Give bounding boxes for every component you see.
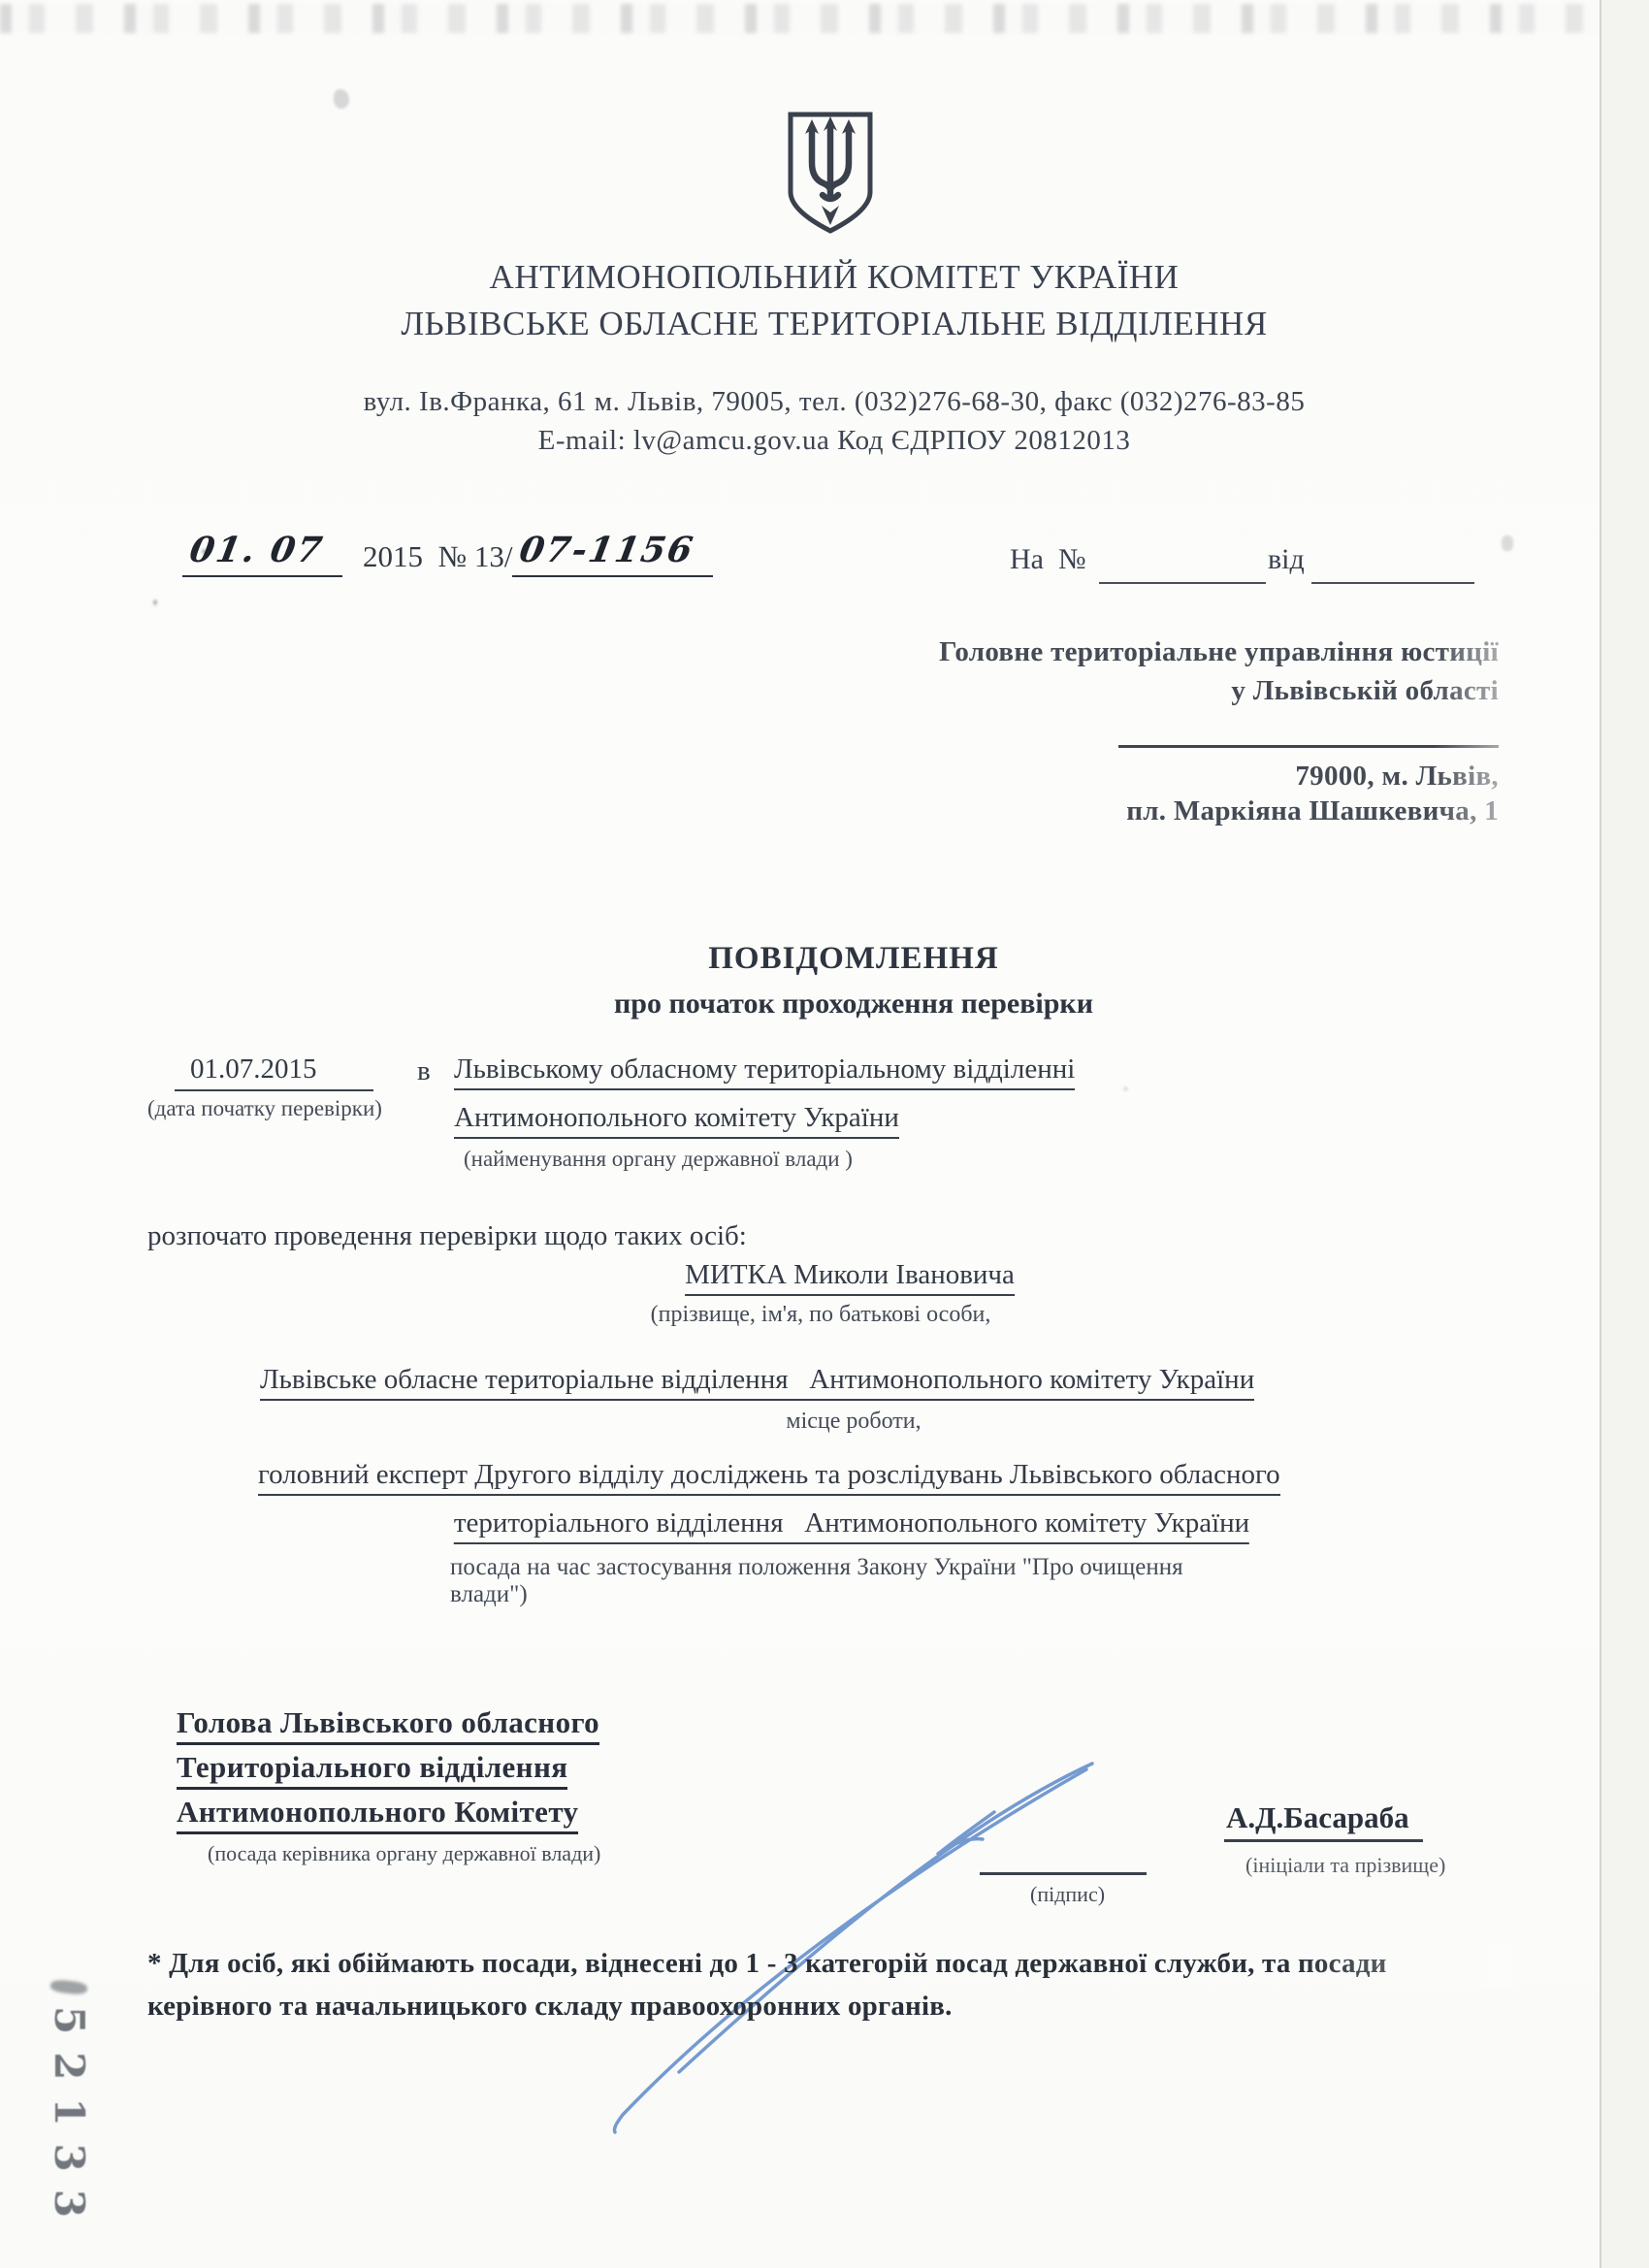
position-line2: територіального відділення Антимонопольн… <box>454 1507 1249 1544</box>
ukraine-trident-emblem-icon <box>782 109 879 237</box>
registration-stamp-number: 52133 <box>46 2006 93 2235</box>
signer-position-line2-text: Територіального відділення <box>177 1750 567 1790</box>
scanner-background-band <box>1601 0 1649 2268</box>
scanned-document-page: АНТИМОНОПОЛЬНИЙ КОМІТЕТ УКРАЇНИ ЛЬВІВСЬК… <box>0 0 1649 2268</box>
workplace-line: Львівське обласне територіальне відділен… <box>260 1364 1254 1401</box>
signer-name: А.Д.Басараба <box>1224 1800 1423 1842</box>
persons-intro-text: розпочато проведення перевірки щодо таки… <box>147 1220 747 1252</box>
signer-name-caption: (ініціали та прізвище) <box>1245 1853 1445 1878</box>
recipient-line1: Головне територіальне управління юстиції <box>939 636 1499 668</box>
position-line1: головний експерт Другого відділу дослідж… <box>258 1459 1280 1496</box>
reply-number-blank-line <box>1099 582 1266 584</box>
person-name-caption: (прізвище, ім'я, по батькові особи, <box>651 1302 991 1328</box>
scan-noise <box>153 599 157 605</box>
workplace-caption: місце роботи, <box>786 1409 921 1435</box>
outgoing-date-handwritten: 01. 07 <box>186 530 327 570</box>
position-caption: посада на час застосування положення Зак… <box>450 1554 1249 1608</box>
scan-noise <box>334 89 349 109</box>
stamp-smudge <box>49 1979 87 1995</box>
reply-date-blank-line <box>1311 582 1474 584</box>
inspection-start-date: 01.07.2015 <box>175 1053 373 1091</box>
org-email-and-code: E-mail: lv@amcu.gov.ua Код ЄДРПОУ 208120… <box>165 425 1503 457</box>
signer-position-line1-text: Голова Львівського обласного <box>177 1705 599 1745</box>
signer-position-line1: Голова Львівського обласного <box>177 1705 599 1740</box>
reply-from-label: від <box>1268 543 1305 576</box>
document-subtitle: про початок проходження перевірки <box>614 988 1093 1021</box>
org-address: вул. Ів.Франка, 61 м. Львів, 79005, тел.… <box>165 386 1503 418</box>
scan-noise <box>1502 535 1513 551</box>
org-name-line1: АНТИМОНОПОЛЬНИЙ КОМІТЕТ УКРАЇНИ <box>165 258 1503 297</box>
authority-field-caption: (найменування органу державної влади ) <box>464 1147 853 1172</box>
scan-noise <box>1123 1086 1128 1091</box>
signer-position-caption: (посада керівника органу державної влади… <box>208 1841 600 1866</box>
authority-name-line1: Львівському обласному територіальному ві… <box>454 1053 1075 1090</box>
authority-name-line2: Антимонопольного комітету України <box>454 1102 899 1139</box>
signer-position-line2: Територіального відділення <box>177 1750 567 1785</box>
reply-to-number-label: На № <box>1010 543 1086 576</box>
person-name: МИТКА Миколи Івановича <box>685 1259 1015 1296</box>
scan-fade-overlay <box>1434 629 1505 848</box>
org-name-line2: ЛЬВІВСЬКЕ ОБЛАСНЕ ТЕРИТОРІАЛЬНЕ ВІДДІЛЕН… <box>165 305 1503 343</box>
outgoing-year-index: 2015 № 13/ <box>363 539 512 574</box>
signature-rule <box>980 1872 1147 1875</box>
preposition-v: в <box>417 1055 431 1087</box>
date-field-caption: (дата початку перевірки) <box>147 1096 382 1121</box>
document-title: ПОВІДОМЛЕННЯ <box>708 941 998 977</box>
outgoing-number-field: 07-1156 <box>512 530 713 577</box>
outgoing-number-handwritten: 07-1156 <box>516 530 697 570</box>
signer-position-line3: Антимонопольного Комітету <box>177 1795 578 1830</box>
scan-artifact-top-strip <box>0 4 1649 33</box>
footnote-line2: керівного та начальницького складу право… <box>147 1991 953 2023</box>
signer-position-line3-text: Антимонопольного Комітету <box>177 1795 578 1834</box>
signature-caption: (підпис) <box>1030 1882 1105 1907</box>
scan-fade-overlay <box>1290 1944 1513 1989</box>
outgoing-date-field: 01. 07 <box>182 530 342 577</box>
